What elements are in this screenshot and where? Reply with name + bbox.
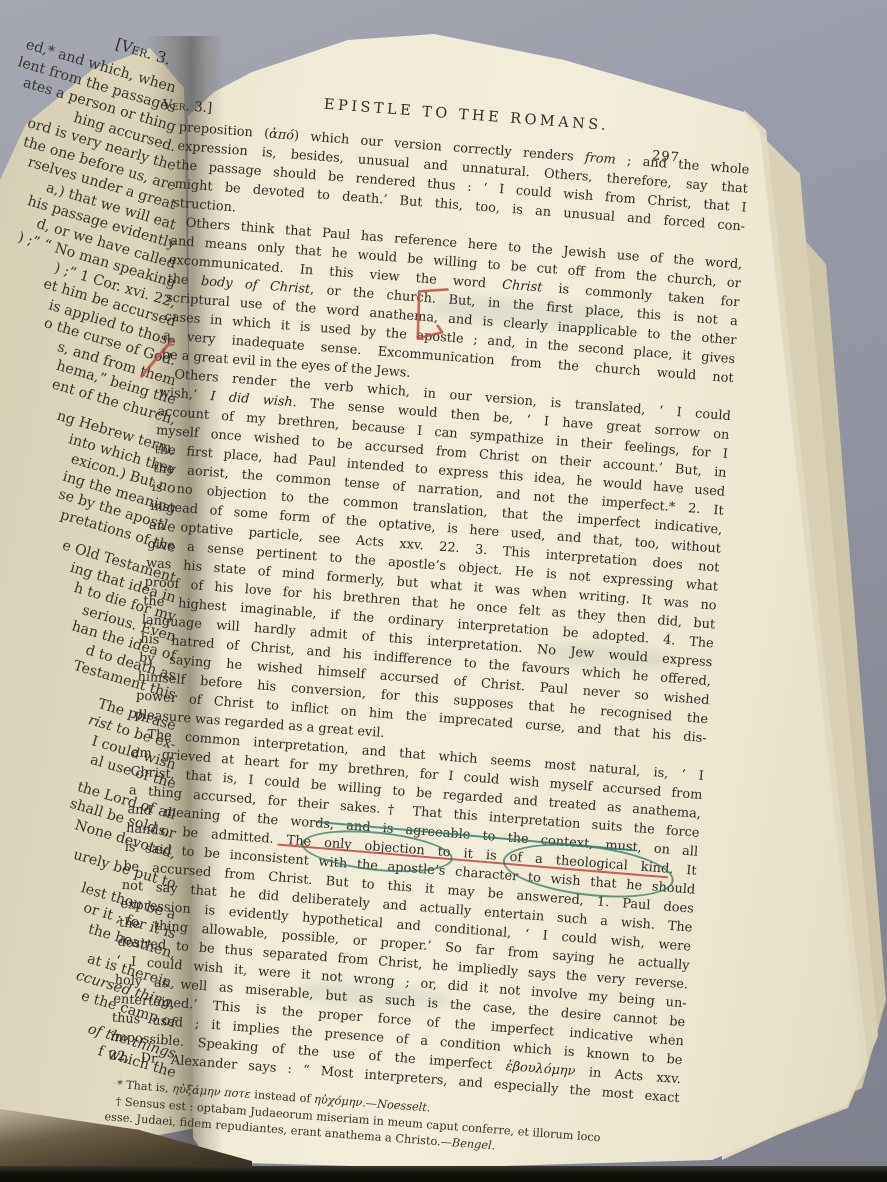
body-text: preposition (ἀπό) which our version corr… bbox=[108, 118, 750, 1108]
right-page-text: EPISTLE TO THE ROMANS. Ver. 3.] 297 prep… bbox=[104, 86, 753, 1168]
photo-bottom-edge bbox=[0, 1166, 887, 1182]
page-number: 297 bbox=[652, 148, 681, 165]
book-photo: [Ver. 3. ed,* and which, whenlent from t… bbox=[0, 0, 887, 1182]
